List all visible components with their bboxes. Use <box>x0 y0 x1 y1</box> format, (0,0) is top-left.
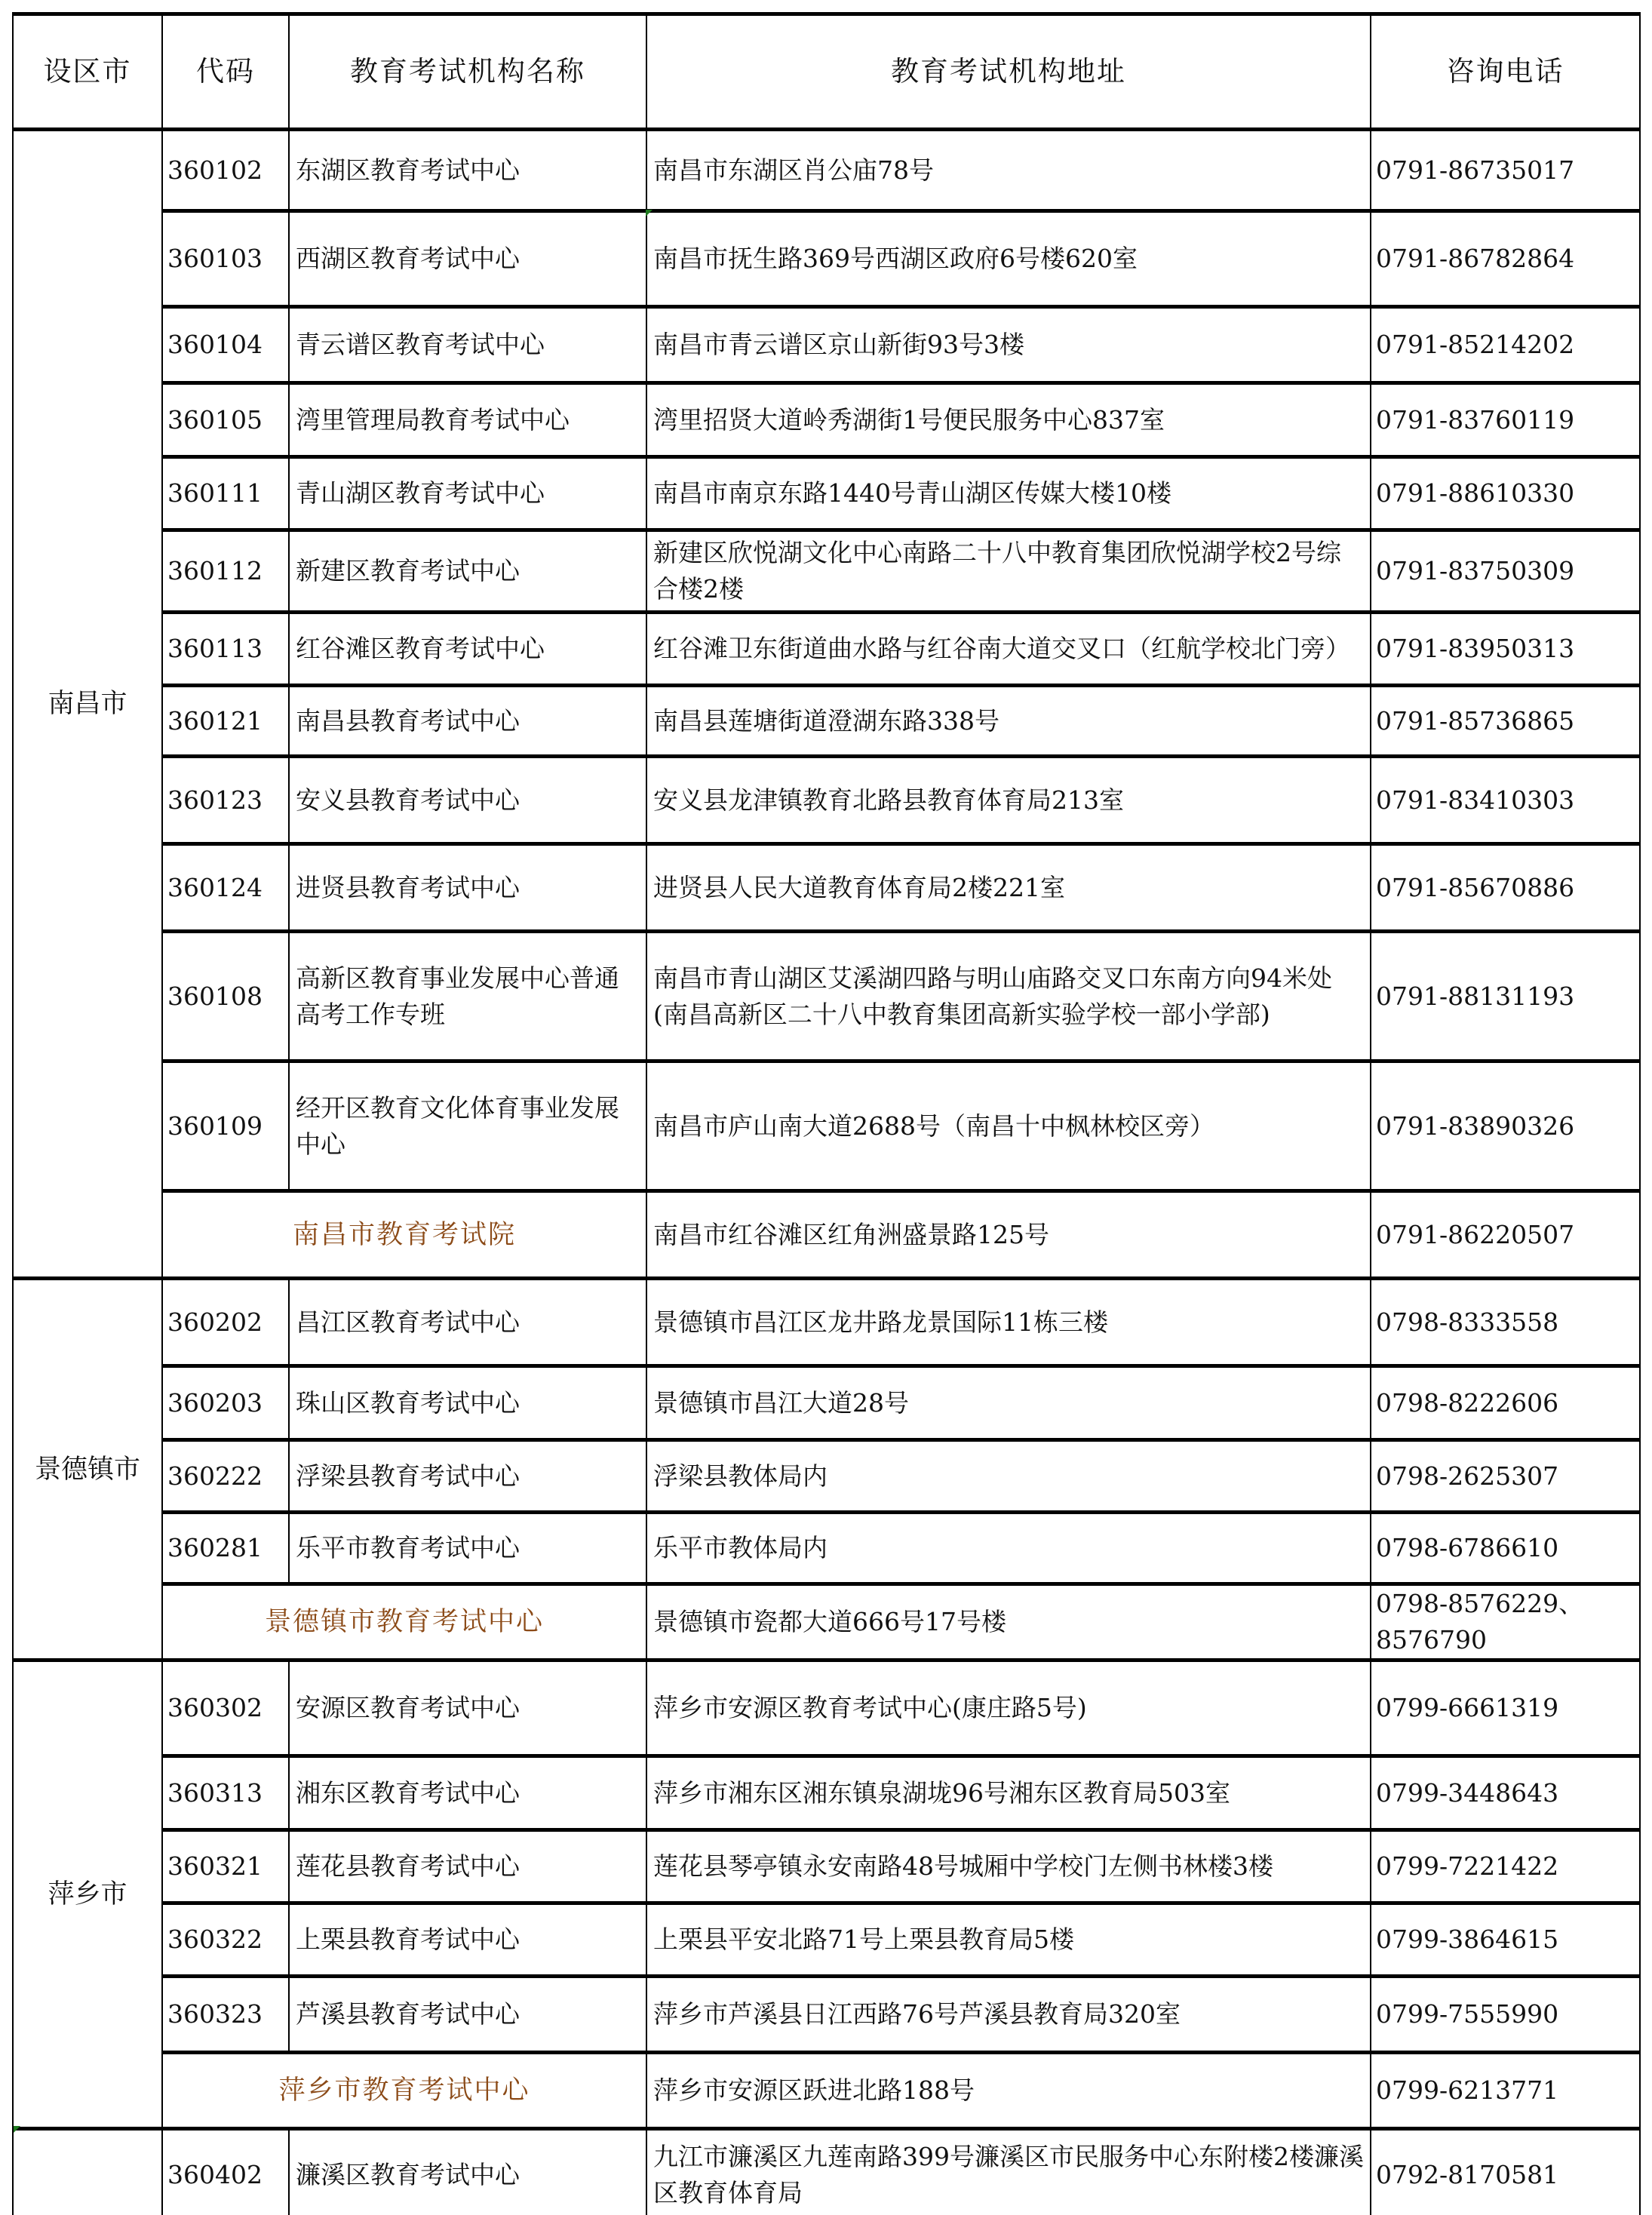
phone-cell: 0791-83750309 <box>1371 530 1640 613</box>
address-cell: 安义县龙津镇教育北路县教育体育局213室 <box>646 757 1371 844</box>
table-row: 360112新建区教育考试中心新建区欣悦湖文化中心南路二十八中教育集团欣悦湖学校… <box>13 530 1640 613</box>
name-cell: 安义县教育考试中心 <box>289 757 646 844</box>
table-row: 360321莲花县教育考试中心莲花县琴亭镇永安南路48号城厢中学校门左侧书林楼3… <box>13 1830 1640 1903</box>
header-address: 教育考试机构地址 <box>646 14 1371 130</box>
address-cell: 南昌市庐山南大道2688号（南昌十中枫林校区旁） <box>646 1061 1371 1191</box>
code-cell: 360121 <box>162 686 289 757</box>
code-cell: 360202 <box>162 1279 289 1366</box>
table-row: 360105湾里管理局教育考试中心湾里招贤大道岭秀湖街1号便民服务中心837室0… <box>13 383 1640 457</box>
phone-cell: 0792-8170581 <box>1371 2129 1640 2215</box>
city-cell: 萍乡市 <box>13 1660 162 2129</box>
code-cell: 360111 <box>162 457 289 530</box>
city-office-name: 南昌市教育考试院 <box>162 1191 646 1279</box>
table-row: 360111青山湖区教育考试中心南昌市南京东路1440号青山湖区传媒大楼10楼0… <box>13 457 1640 530</box>
phone-cell: 0791-86735017 <box>1371 130 1640 211</box>
exam-institution-table-sheet: 设区市 代码 教育考试机构名称 教育考试机构地址 咨询电话 南昌市360102东… <box>12 12 1639 2215</box>
code-cell: 360321 <box>162 1830 289 1903</box>
table-body: 南昌市360102东湖区教育考试中心南昌市东湖区肖公庙78号0791-86735… <box>13 130 1640 2215</box>
table-row: 360313湘东区教育考试中心萍乡市湘东区湘东镇泉湖垅96号湘东区教育局503室… <box>13 1756 1640 1830</box>
city-office-row: 南昌市教育考试院南昌市红谷滩区红角洲盛景路125号0791-86220507 <box>13 1191 1640 1279</box>
name-cell: 进贤县教育考试中心 <box>289 844 646 932</box>
name-cell: 濂溪区教育考试中心 <box>289 2129 646 2215</box>
phone-cell: 0791-83760119 <box>1371 383 1640 457</box>
header-name: 教育考试机构名称 <box>289 14 646 130</box>
city-office-name: 景德镇市教育考试中心 <box>162 1584 646 1660</box>
city-cell: 景德镇市 <box>13 1279 162 1660</box>
phone-cell: 0798-6786610 <box>1371 1513 1640 1584</box>
code-cell: 360281 <box>162 1513 289 1584</box>
city-office-phone: 0798-8576229、8576790 <box>1371 1584 1640 1660</box>
address-cell: 南昌市南京东路1440号青山湖区传媒大楼10楼 <box>646 457 1371 530</box>
table-row: 360322上栗县教育考试中心上栗县平安北路71号上栗县教育局5楼0799-38… <box>13 1903 1640 1977</box>
phone-cell: 0799-7221422 <box>1371 1830 1640 1903</box>
phone-cell: 0799-3864615 <box>1371 1903 1640 1977</box>
address-cell: 萍乡市芦溪县日江西路76号芦溪县教育局320室 <box>646 1977 1371 2053</box>
phone-cell: 0791-83890326 <box>1371 1061 1640 1191</box>
phone-cell: 0791-83950313 <box>1371 613 1640 686</box>
exam-institution-table: 设区市 代码 教育考试机构名称 教育考试机构地址 咨询电话 南昌市360102东… <box>12 12 1641 2215</box>
address-cell: 南昌市青山湖区艾溪湖四路与明山庙路交叉口东南方向94米处(南昌高新区二十八中教育… <box>646 932 1371 1061</box>
table-row: 360121南昌县教育考试中心南昌县莲塘街道澄湖东路338号0791-85736… <box>13 686 1640 757</box>
code-cell: 360302 <box>162 1660 289 1756</box>
table-row: 360108高新区教育事业发展中心普通高考工作专班南昌市青山湖区艾溪湖四路与明山… <box>13 932 1640 1061</box>
code-cell: 360322 <box>162 1903 289 1977</box>
code-cell: 360109 <box>162 1061 289 1191</box>
code-cell: 360123 <box>162 757 289 844</box>
table-row: 360103西湖区教育考试中心南昌市抚生路369号西湖区政府6号楼620室079… <box>13 211 1640 307</box>
name-cell: 西湖区教育考试中心 <box>289 211 646 307</box>
table-row: 360402濂溪区教育考试中心九江市濂溪区九莲南路399号濂溪区市民服务中心东附… <box>13 2129 1640 2215</box>
name-cell: 湾里管理局教育考试中心 <box>289 383 646 457</box>
phone-cell: 0791-85214202 <box>1371 307 1640 383</box>
phone-cell: 0799-3448643 <box>1371 1756 1640 1830</box>
name-cell: 昌江区教育考试中心 <box>289 1279 646 1366</box>
name-cell: 经开区教育文化体育事业发展中心 <box>289 1061 646 1191</box>
header-row: 设区市 代码 教育考试机构名称 教育考试机构地址 咨询电话 <box>13 14 1640 130</box>
header-phone: 咨询电话 <box>1371 14 1640 130</box>
code-cell: 360103 <box>162 211 289 307</box>
phone-cell: 0799-7555990 <box>1371 1977 1640 2053</box>
address-cell: 红谷滩卫东街道曲水路与红谷南大道交叉口（红航学校北门旁） <box>646 613 1371 686</box>
address-cell: 南昌县莲塘街道澄湖东路338号 <box>646 686 1371 757</box>
name-cell: 青山湖区教育考试中心 <box>289 457 646 530</box>
name-cell: 芦溪县教育考试中心 <box>289 1977 646 2053</box>
name-cell: 南昌县教育考试中心 <box>289 686 646 757</box>
table-row: 360113红谷滩区教育考试中心红谷滩卫东街道曲水路与红谷南大道交叉口（红航学校… <box>13 613 1640 686</box>
city-cell <box>13 2129 162 2215</box>
address-cell: 乐平市教体局内 <box>646 1513 1371 1584</box>
comment-marker-icon <box>14 2126 20 2133</box>
table-row: 360281乐平市教育考试中心乐平市教体局内0798-6786610 <box>13 1513 1640 1584</box>
table-row: 360124进贤县教育考试中心进贤县人民大道教育体育局2楼221室0791-85… <box>13 844 1640 932</box>
header-city: 设区市 <box>13 14 162 130</box>
code-cell: 360108 <box>162 932 289 1061</box>
phone-cell: 0798-8222606 <box>1371 1366 1640 1440</box>
comment-marker-icon <box>646 210 653 217</box>
code-cell: 360323 <box>162 1977 289 2053</box>
address-cell: 萍乡市湘东区湘东镇泉湖垅96号湘东区教育局503室 <box>646 1756 1371 1830</box>
table-row: 360323芦溪县教育考试中心萍乡市芦溪县日江西路76号芦溪县教育局320室07… <box>13 1977 1640 2053</box>
code-cell: 360112 <box>162 530 289 613</box>
address-cell: 湾里招贤大道岭秀湖街1号便民服务中心837室 <box>646 383 1371 457</box>
address-cell: 进贤县人民大道教育体育局2楼221室 <box>646 844 1371 932</box>
code-cell: 360402 <box>162 2129 289 2215</box>
table-row: 360203珠山区教育考试中心景德镇市昌江大道28号0798-8222606 <box>13 1366 1640 1440</box>
address-cell: 南昌市青云谱区京山新街93号3楼 <box>646 307 1371 383</box>
table-row: 萍乡市360302安源区教育考试中心萍乡市安源区教育考试中心(康庄路5号)079… <box>13 1660 1640 1756</box>
code-cell: 360124 <box>162 844 289 932</box>
phone-cell: 0798-8333558 <box>1371 1279 1640 1366</box>
table-row: 南昌市360102东湖区教育考试中心南昌市东湖区肖公庙78号0791-86735… <box>13 130 1640 211</box>
city-office-name: 萍乡市教育考试中心 <box>162 2053 646 2129</box>
city-office-phone: 0791-86220507 <box>1371 1191 1640 1279</box>
address-cell: 南昌市东湖区肖公庙78号 <box>646 130 1371 211</box>
name-cell: 乐平市教育考试中心 <box>289 1513 646 1584</box>
address-cell: 浮梁县教体局内 <box>646 1440 1371 1513</box>
address-cell: 莲花县琴亭镇永安南路48号城厢中学校门左侧书林楼3楼 <box>646 1830 1371 1903</box>
name-cell: 安源区教育考试中心 <box>289 1660 646 1756</box>
address-cell: 新建区欣悦湖文化中心南路二十八中教育集团欣悦湖学校2号综合楼2楼 <box>646 530 1371 613</box>
phone-cell: 0791-86782864 <box>1371 211 1640 307</box>
address-cell: 南昌市抚生路369号西湖区政府6号楼620室 <box>646 211 1371 307</box>
address-cell: 上栗县平安北路71号上栗县教育局5楼 <box>646 1903 1371 1977</box>
name-cell: 新建区教育考试中心 <box>289 530 646 613</box>
city-cell: 南昌市 <box>13 130 162 1279</box>
city-office-row: 萍乡市教育考试中心萍乡市安源区跃进北路188号0799-6213771 <box>13 2053 1640 2129</box>
name-cell: 珠山区教育考试中心 <box>289 1366 646 1440</box>
name-cell: 浮梁县教育考试中心 <box>289 1440 646 1513</box>
phone-cell: 0791-85736865 <box>1371 686 1640 757</box>
code-cell: 360105 <box>162 383 289 457</box>
phone-cell: 0791-88131193 <box>1371 932 1640 1061</box>
phone-cell: 0791-88610330 <box>1371 457 1640 530</box>
header-code: 代码 <box>162 14 289 130</box>
code-cell: 360104 <box>162 307 289 383</box>
code-cell: 360203 <box>162 1366 289 1440</box>
name-cell: 青云谱区教育考试中心 <box>289 307 646 383</box>
name-cell: 湘东区教育考试中心 <box>289 1756 646 1830</box>
code-cell: 360113 <box>162 613 289 686</box>
city-office-phone: 0799-6213771 <box>1371 2053 1640 2129</box>
table-row: 360109经开区教育文化体育事业发展中心南昌市庐山南大道2688号（南昌十中枫… <box>13 1061 1640 1191</box>
name-cell: 红谷滩区教育考试中心 <box>289 613 646 686</box>
city-office-address: 南昌市红谷滩区红角洲盛景路125号 <box>646 1191 1371 1279</box>
address-cell: 萍乡市安源区教育考试中心(康庄路5号) <box>646 1660 1371 1756</box>
address-cell: 景德镇市昌江区龙井路龙景国际11栋三楼 <box>646 1279 1371 1366</box>
address-cell: 九江市濂溪区九莲南路399号濂溪区市民服务中心东附楼2楼濂溪区教育体育局 <box>646 2129 1371 2215</box>
city-office-address: 萍乡市安源区跃进北路188号 <box>646 2053 1371 2129</box>
name-cell: 上栗县教育考试中心 <box>289 1903 646 1977</box>
table-row: 360123安义县教育考试中心安义县龙津镇教育北路县教育体育局213室0791-… <box>13 757 1640 844</box>
phone-cell: 0798-2625307 <box>1371 1440 1640 1513</box>
address-cell: 景德镇市昌江大道28号 <box>646 1366 1371 1440</box>
table-row: 360104青云谱区教育考试中心南昌市青云谱区京山新街93号3楼0791-852… <box>13 307 1640 383</box>
code-cell: 360102 <box>162 130 289 211</box>
name-cell: 高新区教育事业发展中心普通高考工作专班 <box>289 932 646 1061</box>
city-office-row: 景德镇市教育考试中心景德镇市瓷都大道666号17号楼0798-8576229、8… <box>13 1584 1640 1660</box>
phone-cell: 0791-85670886 <box>1371 844 1640 932</box>
code-cell: 360222 <box>162 1440 289 1513</box>
phone-cell: 0799-6661319 <box>1371 1660 1640 1756</box>
name-cell: 东湖区教育考试中心 <box>289 130 646 211</box>
code-cell: 360313 <box>162 1756 289 1830</box>
name-cell: 莲花县教育考试中心 <box>289 1830 646 1903</box>
table-row: 景德镇市360202昌江区教育考试中心景德镇市昌江区龙井路龙景国际11栋三楼07… <box>13 1279 1640 1366</box>
phone-cell: 0791-83410303 <box>1371 757 1640 844</box>
city-office-address: 景德镇市瓷都大道666号17号楼 <box>646 1584 1371 1660</box>
table-row: 360222浮梁县教育考试中心浮梁县教体局内0798-2625307 <box>13 1440 1640 1513</box>
